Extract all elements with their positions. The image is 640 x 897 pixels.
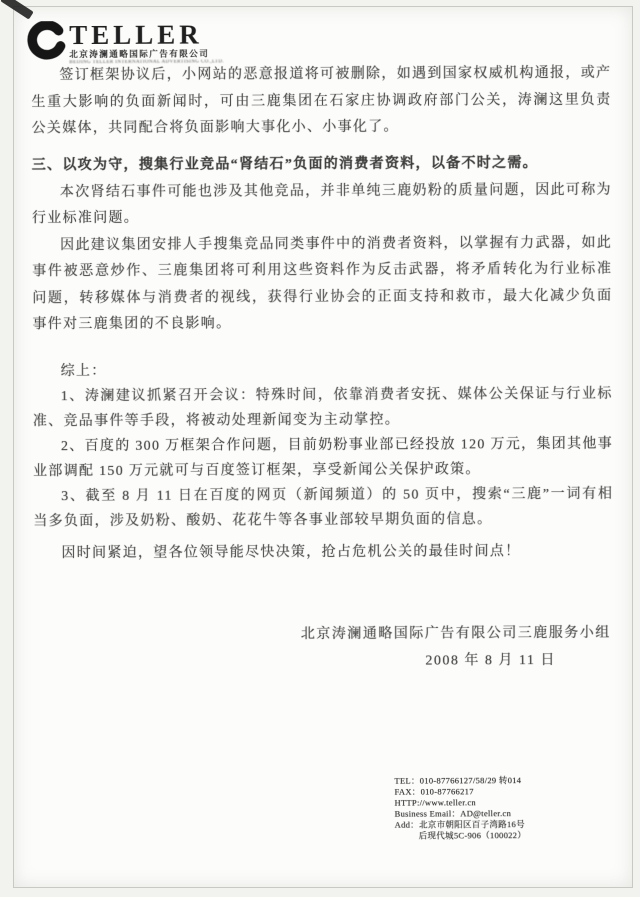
- signature-date: 2008 年 8 月 11 日: [51, 648, 556, 675]
- section-heading: 三、以攻为守，搜集行业竞品“肾结石”负面的消费者资料，以备不时之需。: [32, 151, 612, 180]
- brush-circle-swoosh-icon: [25, 21, 67, 63]
- closing-line: 因时间紧迫，望各位领导能尽快决策，抢占危机公关的最佳时间点！: [33, 539, 613, 568]
- scanned-document-page: TELLER 北京涛澜通略国际广告有限公司 BEIJING TELLER INT…: [0, 0, 640, 897]
- footer-address-line2: 后现代城5C-906（100022）: [395, 830, 627, 842]
- teller-letterhead-logo: TELLER 北京涛澜通略国际广告有限公司 BEIJING TELLER INT…: [25, 20, 224, 66]
- intro-paragraph: 签订框架协议后，小网站的恶意报道将可被删除，如遇到国家权威机构通报，或产生重大影…: [31, 61, 611, 143]
- brand-name: TELLER: [69, 20, 224, 49]
- signature-company: 北京涛澜通略国际广告有限公司三鹿服务小组: [51, 621, 611, 648]
- section-paragraph-1: 本次肾结石事件可能也涉及其他竞品，并非单纯三鹿奶粉的质量问题，因此可称为行业标准…: [32, 177, 612, 233]
- signature-block: 北京涛澜通略国际广告有限公司三鹿服务小组 2008 年 8 月 11 日: [51, 621, 611, 675]
- summary-item-3: 3、截至 8 月 11 日在百度的网页（新闻频道）的 50 页中，搜索“三鹿”一…: [33, 482, 613, 535]
- company-name-chinese: 北京涛澜通略国际广告有限公司: [69, 48, 224, 59]
- summary-item-1: 1、涛澜建议抓紧召开会议：特殊时间，依靠消费者安抚、媒体公关保证与行业标准、竞品…: [33, 382, 613, 435]
- logo-text-block: TELLER 北京涛澜通略国际广告有限公司 BEIJING TELLER INT…: [69, 20, 224, 66]
- summary-block: 综上： 1、涛澜建议抓紧召开会议：特殊时间，依靠消费者安抚、媒体公关保证与行业标…: [33, 357, 614, 535]
- summary-label: 综上：: [33, 357, 613, 385]
- section-three-block: 三、以攻为守，搜集行业竞品“肾结石”负面的消费者资料，以备不时之需。 本次肾结石…: [32, 151, 613, 339]
- document-content: TELLER 北京涛澜通略国际广告有限公司 BEIJING TELLER INT…: [0, 0, 640, 897]
- section-paragraph-2: 因此建议集团安排人手搜集竞品同类事件中的消费者资料，以掌握有力武器，如此事件被恶…: [32, 230, 612, 339]
- summary-item-2: 2、百度的 300 万框架合作问题，目前奶粉事业部已经投放 120 万元，集团其…: [33, 432, 613, 485]
- contact-footer: TEL：010-87766127/58/29 转014 FAX：010-8776…: [394, 775, 626, 842]
